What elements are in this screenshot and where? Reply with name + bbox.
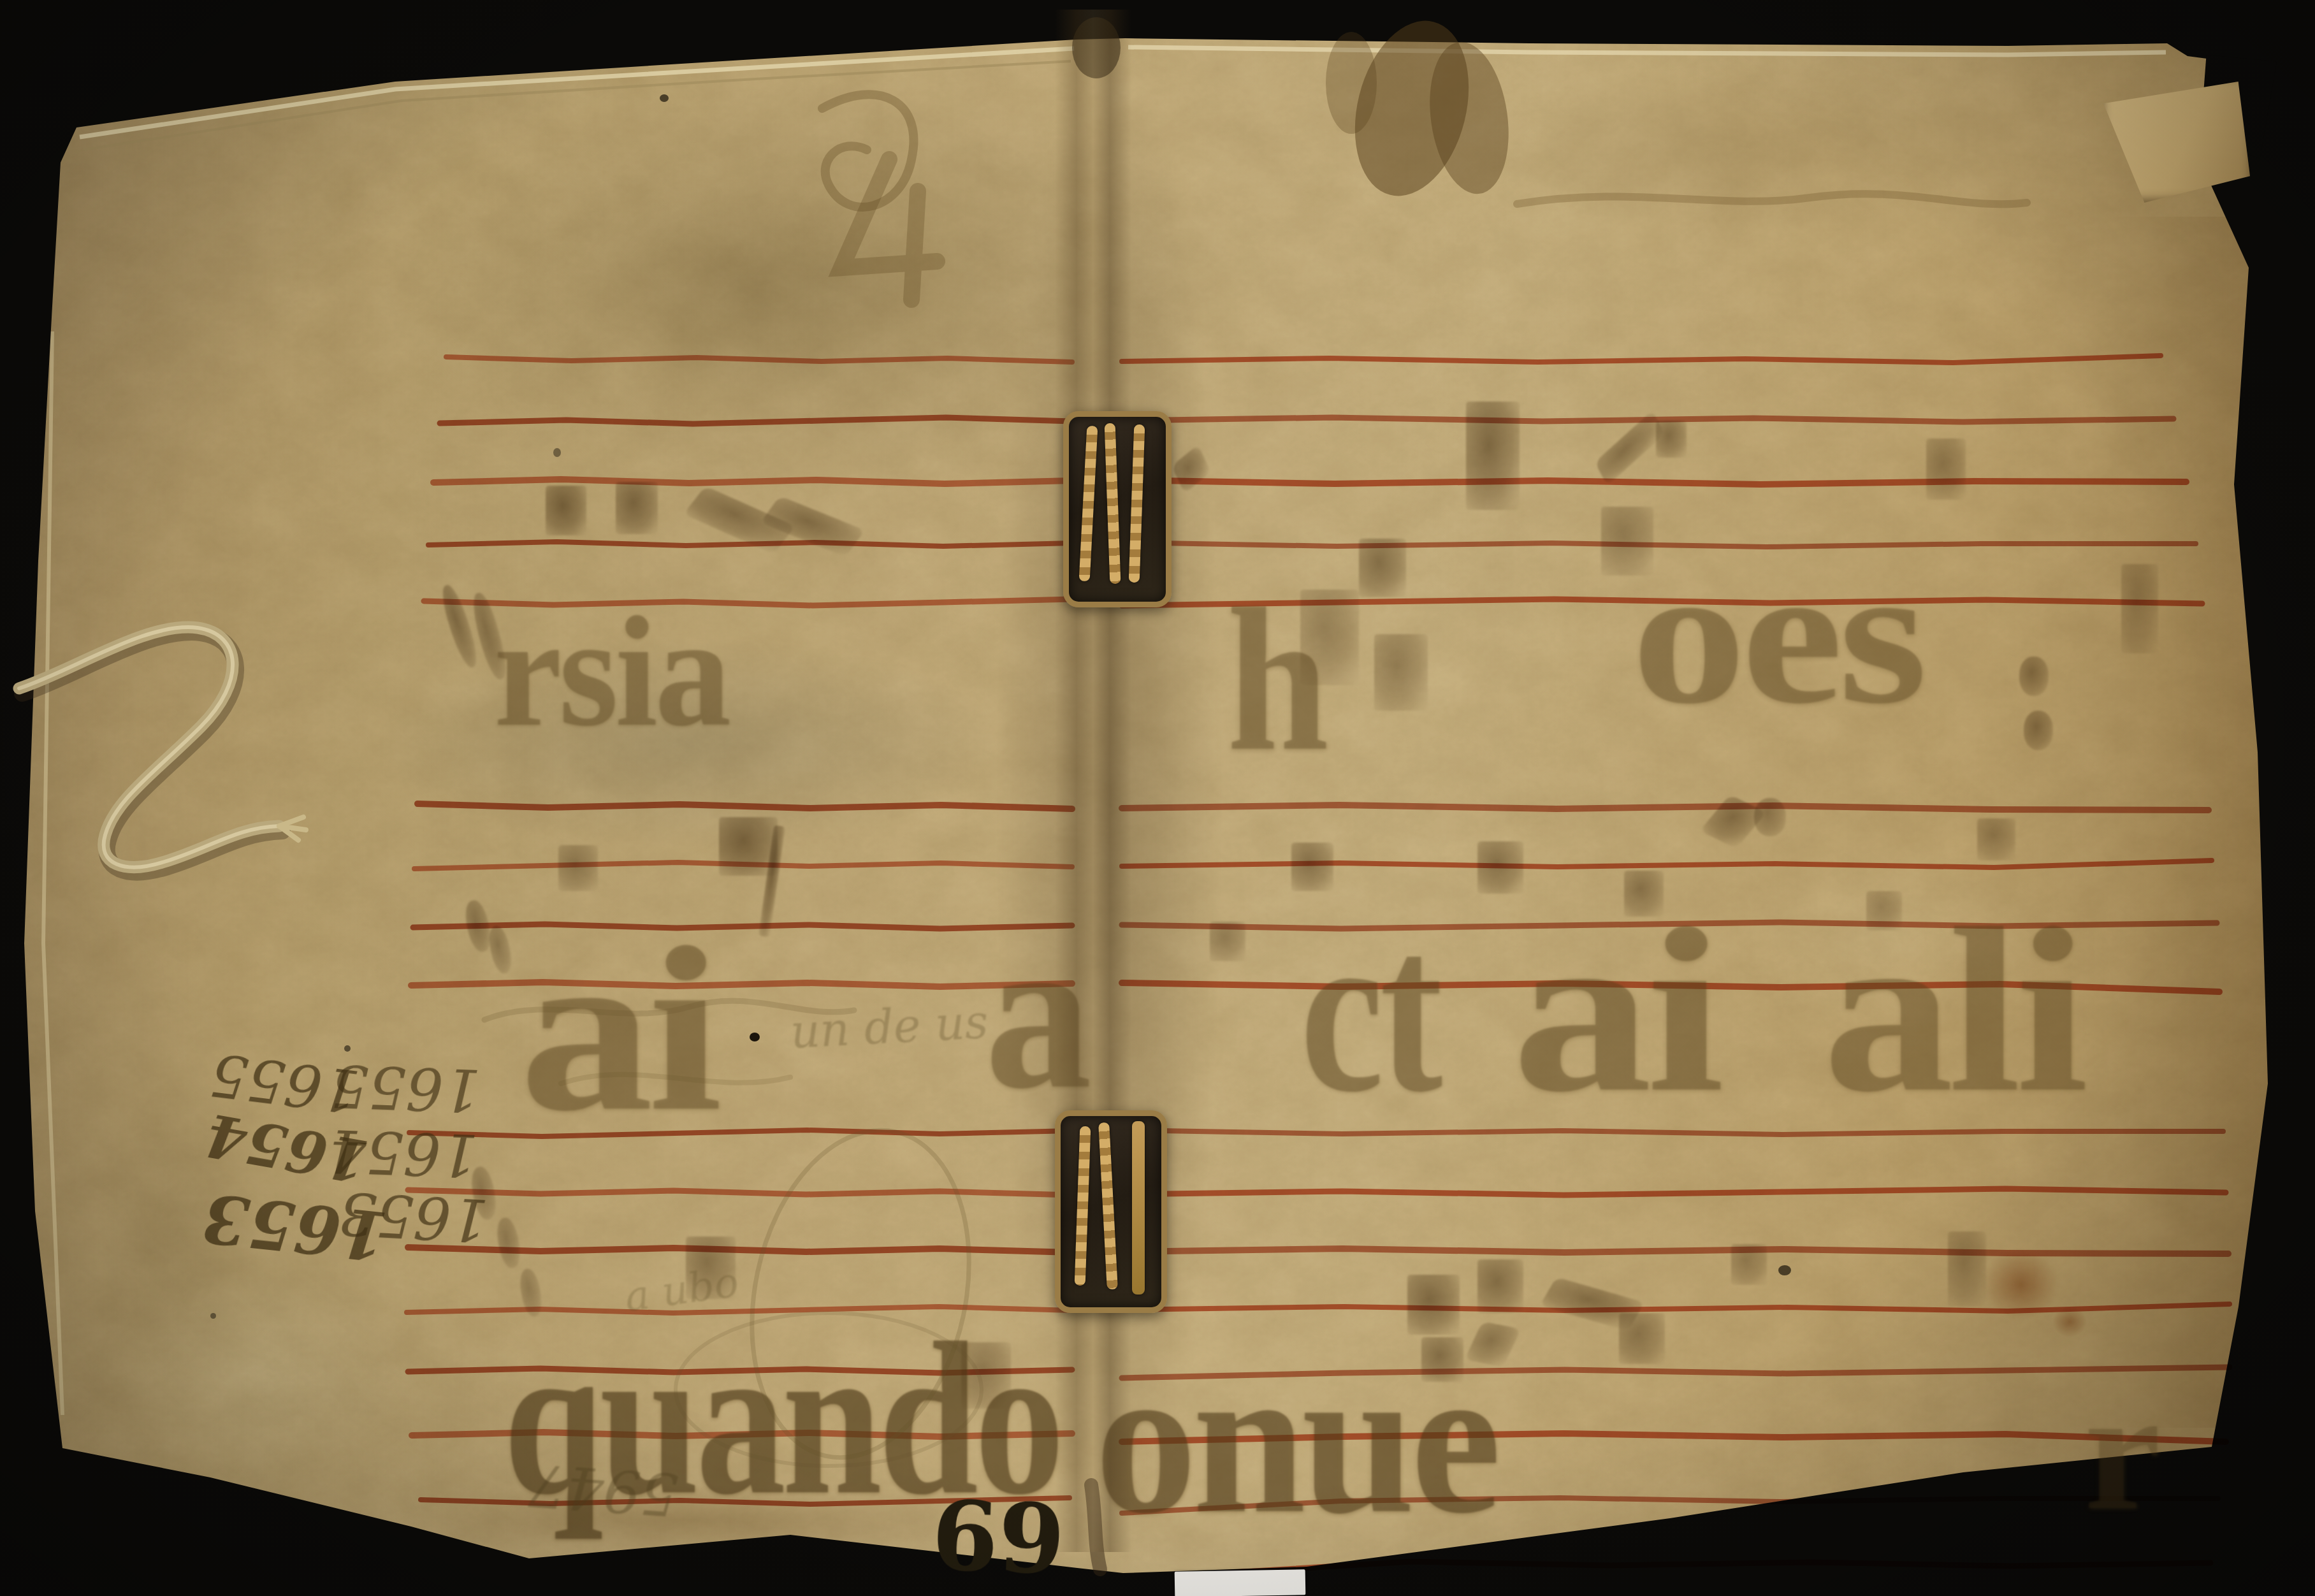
neume-sq <box>558 845 598 891</box>
neume-sq <box>1374 634 1428 711</box>
neume-sq <box>1477 1259 1523 1313</box>
sewing-cord <box>1079 426 1098 582</box>
inscription-bottom-right-r: r <box>2084 1364 2157 1536</box>
neume-sq <box>1731 1244 1767 1285</box>
photograph-of-manuscript: rsia h oes ai a ct ai ali quando onue r … <box>0 0 2315 1596</box>
year-inscription: 1655 <box>330 1056 481 1119</box>
neume-ob <box>1172 444 1211 493</box>
sewing-cord <box>1105 423 1121 584</box>
neume-sq <box>1210 922 1245 961</box>
inscription-row1-right-oes: oes <box>1632 535 1923 734</box>
neume-sq <box>1948 1231 1986 1307</box>
sewing-cord <box>1075 1126 1091 1286</box>
neume-sq <box>1466 402 1520 510</box>
spine-patch-upper <box>1063 411 1172 607</box>
inscription-row2-right-ct: ct <box>1300 892 1439 1128</box>
folio-number: 69 <box>930 1488 1066 1588</box>
neume-lz <box>2019 657 2049 696</box>
speck <box>660 94 669 102</box>
sewing-cord <box>1132 1121 1145 1295</box>
neume-ob <box>1595 410 1665 486</box>
neume-sq <box>2121 564 2158 653</box>
inscription-row2-right-ai: ai <box>1512 892 1719 1128</box>
year-inscription: 1654 <box>328 1121 479 1184</box>
speck <box>1778 1265 1791 1275</box>
inscription-row1-left: rsia <box>494 593 728 751</box>
speck <box>210 1313 216 1319</box>
sewing-cord <box>1098 1122 1118 1290</box>
year-inscription: 1653 <box>338 1183 490 1249</box>
neume-lz <box>494 1216 523 1270</box>
pen-trial-words: un de us <box>789 999 989 1055</box>
reference-card <box>1175 1569 1306 1596</box>
neume-sq <box>1359 539 1406 597</box>
neume-sq <box>546 486 586 535</box>
speck <box>750 1033 760 1041</box>
neume-sq <box>1619 1313 1665 1364</box>
spine-patch-lower <box>1055 1110 1167 1313</box>
neume-sq <box>616 482 658 534</box>
inscription-row2-right-ali: ali <box>1823 892 2083 1128</box>
speck <box>553 448 561 457</box>
inscription-row1-right-h: h <box>1227 577 1325 782</box>
neume-sq <box>1977 818 2015 860</box>
sewing-cord <box>1129 424 1145 583</box>
spine-fold <box>1055 10 1131 1552</box>
speck <box>344 1045 351 1052</box>
pen-trial-numbers: 5947 <box>527 1455 680 1523</box>
inscription-bottom-right-onue: onue <box>1095 1332 1497 1546</box>
neume-lz <box>486 924 514 976</box>
neume-sq <box>1656 421 1687 458</box>
neume-lz <box>2024 711 2053 750</box>
inscription-row2-left-ai: ai <box>519 911 717 1147</box>
neume-sq <box>1926 439 1966 500</box>
neume-lz <box>1754 798 1786 836</box>
